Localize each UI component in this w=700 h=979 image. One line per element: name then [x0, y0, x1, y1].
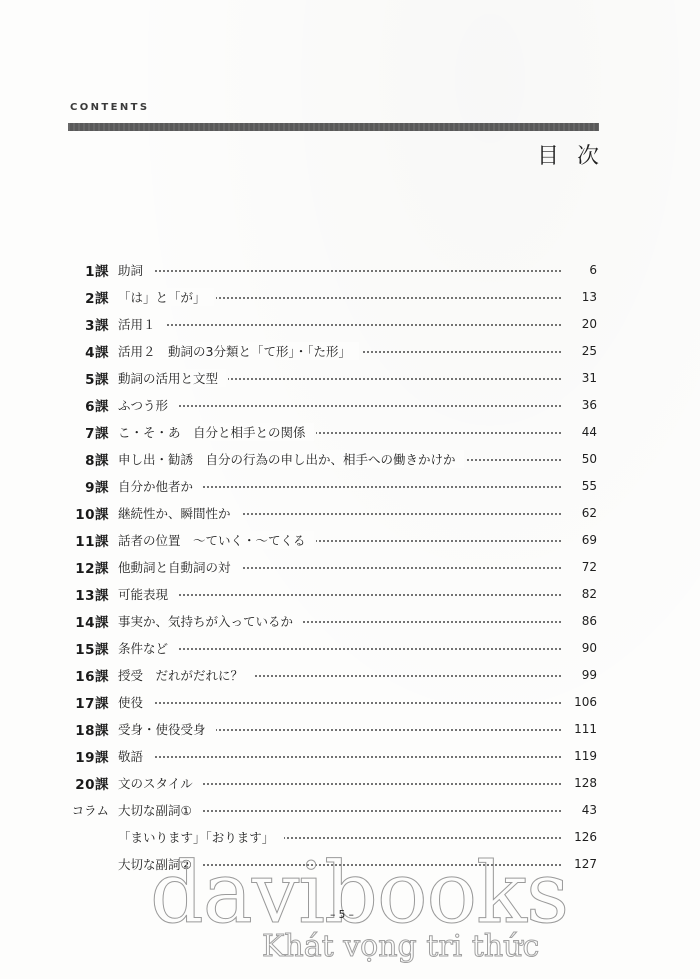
lesson-title: 事実か、気持ちが入っているか [118, 612, 301, 630]
lesson-label: 4課 [60, 341, 109, 361]
toc-entry-20[interactable]: 20課 文のスタイル 128 [0, 769, 700, 796]
lesson-title: 活用２ 動詞の3分類と「て形」・「た形」 [118, 342, 359, 360]
lesson-label: 17課 [60, 692, 109, 712]
leader-dots [153, 702, 562, 704]
lesson-title: 敬語 [118, 747, 151, 765]
page-number: 6 [567, 263, 597, 277]
lesson-label: 2課 [60, 287, 109, 307]
page-number: 72 [567, 560, 597, 574]
leader-dots [284, 837, 562, 839]
lesson-label: 18課 [60, 719, 109, 739]
leader-dots [241, 567, 562, 569]
page-number: 25 [567, 344, 597, 358]
toc-entry-3[interactable]: 3課 活用１ 20 [0, 310, 700, 337]
page-title: 目次 [537, 143, 617, 171]
lesson-label: 19課 [60, 746, 109, 766]
leader-dots [216, 729, 562, 731]
document-page: CONTENTS 目次 1課 助詞 6 2課 「は」と「が」 13 3課 活用１… [0, 0, 700, 979]
toc-entry-14[interactable]: 14課 事実か、気持ちが入っているか 86 [0, 607, 700, 634]
toc-entry-15[interactable]: 15課 条件など 90 [0, 634, 700, 661]
lesson-title: 自分か他者か [118, 477, 201, 495]
lesson-label: 15課 [60, 638, 109, 658]
lesson-title: 可能表現 [118, 585, 176, 603]
page-number: 44 [567, 425, 597, 439]
lesson-title: こ・そ・あ 自分と相手との関係 [118, 423, 314, 441]
toc-entry-10[interactable]: 10課 継続性か、瞬間性か 62 [0, 499, 700, 526]
page-number: 82 [567, 587, 597, 601]
column-label: コラム [60, 801, 109, 819]
leader-dots [361, 351, 562, 353]
page-number: 127 [567, 857, 597, 871]
toc-entry-7[interactable]: 7課 こ・そ・あ 自分と相手との関係 44 [0, 418, 700, 445]
page-number: 119 [567, 749, 597, 763]
toc-entry-17[interactable]: 17課 使役 106 [0, 688, 700, 715]
lesson-title: 申し出・勧誘 自分の行為の申し出か、相手への働きかけか [118, 450, 464, 468]
page-number: 128 [567, 776, 597, 790]
page-number: 90 [567, 641, 597, 655]
page-number: 111 [567, 722, 597, 736]
lesson-title: 使役 [118, 693, 151, 711]
leader-dots [466, 459, 562, 461]
toc-entry-16[interactable]: 16課 授受 だれがだれに？ 99 [0, 661, 700, 688]
column-title: 大切な副詞② [118, 855, 200, 873]
leader-dots [316, 540, 562, 542]
leader-dots [178, 405, 562, 407]
lesson-label: 7課 [60, 422, 109, 442]
page-number: 69 [567, 533, 597, 547]
lesson-label: 11課 [60, 530, 109, 550]
leader-dots [203, 486, 562, 488]
lesson-label: 12課 [60, 557, 109, 577]
leader-dots [303, 621, 562, 623]
lesson-title: 条件など [118, 639, 176, 657]
leader-dots [178, 594, 562, 596]
page-number: 99 [567, 668, 597, 682]
column-title: 「まいります」「おります」 [118, 828, 282, 846]
page-number: 50 [567, 452, 597, 466]
column-title: 大切な副詞① [118, 801, 200, 819]
lesson-title: 受身・使役受身 [118, 720, 214, 738]
toc-entry-12[interactable]: 12課 他動詞と自動詞の対 72 [0, 553, 700, 580]
toc-entry-13[interactable]: 13課 可能表現 82 [0, 580, 700, 607]
lesson-title: ふつう形 [118, 396, 176, 414]
leader-dots [166, 324, 562, 326]
lesson-label: 3課 [60, 314, 109, 334]
header-rule [68, 123, 599, 131]
leader-dots [178, 648, 562, 650]
lesson-label: 1課 [60, 260, 109, 280]
leader-dots [316, 432, 562, 434]
footer-page-number: – 5 – [0, 909, 700, 921]
page-number: 31 [567, 371, 597, 385]
lesson-label: 16課 [60, 665, 109, 685]
lesson-title: 動詞の活用と文型 [118, 369, 226, 387]
toc-entry-6[interactable]: 6課 ふつう形 36 [0, 391, 700, 418]
lesson-label: 14課 [60, 611, 109, 631]
lesson-label: 6課 [60, 395, 109, 415]
page-number: 62 [567, 506, 597, 520]
page-number: 126 [567, 830, 597, 844]
watermark-slogan: Khát vọng tri thức [262, 928, 539, 966]
toc-entry-11[interactable]: 11課 話者の位置 〜ていく・〜てくる 69 [0, 526, 700, 553]
leader-dots [202, 810, 562, 812]
toc-entry-4[interactable]: 4課 活用２ 動詞の3分類と「て形」・「た形」 25 [0, 337, 700, 364]
leader-dots [202, 864, 562, 866]
lesson-label: 8課 [60, 449, 109, 469]
page-number: 86 [567, 614, 597, 628]
leader-dots [153, 270, 562, 272]
toc-entry-19[interactable]: 19課 敬語 119 [0, 742, 700, 769]
leader-dots [241, 513, 562, 515]
lesson-title: 活用１ [118, 315, 164, 333]
leader-dots [203, 783, 562, 785]
lesson-title: 文のスタイル [118, 774, 201, 792]
toc-entry-9[interactable]: 9課 自分か他者か 55 [0, 472, 700, 499]
lesson-label: 5課 [60, 368, 109, 388]
lesson-label: 20課 [60, 773, 109, 793]
lesson-label: 10課 [60, 503, 109, 523]
page-number: 106 [567, 695, 597, 709]
toc-entry-1[interactable]: 1課 助詞 6 [0, 256, 700, 283]
lesson-title: 助詞 [118, 261, 151, 279]
page-number: 20 [567, 317, 597, 331]
page-number: 43 [567, 803, 597, 817]
leader-dots [253, 675, 562, 677]
lesson-title: 授受 だれがだれに？ [118, 666, 251, 684]
lesson-title: 継続性か、瞬間性か [118, 504, 239, 522]
toc-entry-column-2[interactable]: 「まいります」「おります」 126 [0, 823, 700, 850]
table-of-contents: 1課 助詞 6 2課 「は」と「が」 13 3課 活用１ 20 4課 活用２ 動… [0, 256, 700, 877]
leader-dots [228, 378, 562, 380]
page-number: 55 [567, 479, 597, 493]
lesson-label: 9課 [60, 476, 109, 496]
toc-entry-8[interactable]: 8課 申し出・勧誘 自分の行為の申し出か、相手への働きかけか 50 [0, 445, 700, 472]
lesson-label: 13課 [60, 584, 109, 604]
toc-entry-column-3[interactable]: 大切な副詞② 127 [0, 850, 700, 877]
contents-label: CONTENTS [70, 101, 149, 115]
page-number-text: – 5 – [330, 909, 354, 921]
page-number: 13 [567, 290, 597, 304]
page-number: 36 [567, 398, 597, 412]
lesson-title: 話者の位置 〜ていく・〜てくる [118, 531, 314, 549]
leader-dots [216, 297, 562, 299]
leader-dots [153, 756, 562, 758]
lesson-title: 「は」と「が」 [118, 288, 214, 306]
toc-entry-5[interactable]: 5課 動詞の活用と文型 31 [0, 364, 700, 391]
toc-entry-18[interactable]: 18課 受身・使役受身 111 [0, 715, 700, 742]
toc-entry-2[interactable]: 2課 「は」と「が」 13 [0, 283, 700, 310]
lesson-title: 他動詞と自動詞の対 [118, 558, 239, 576]
toc-entry-column-1[interactable]: コラム 大切な副詞① 43 [0, 796, 700, 823]
